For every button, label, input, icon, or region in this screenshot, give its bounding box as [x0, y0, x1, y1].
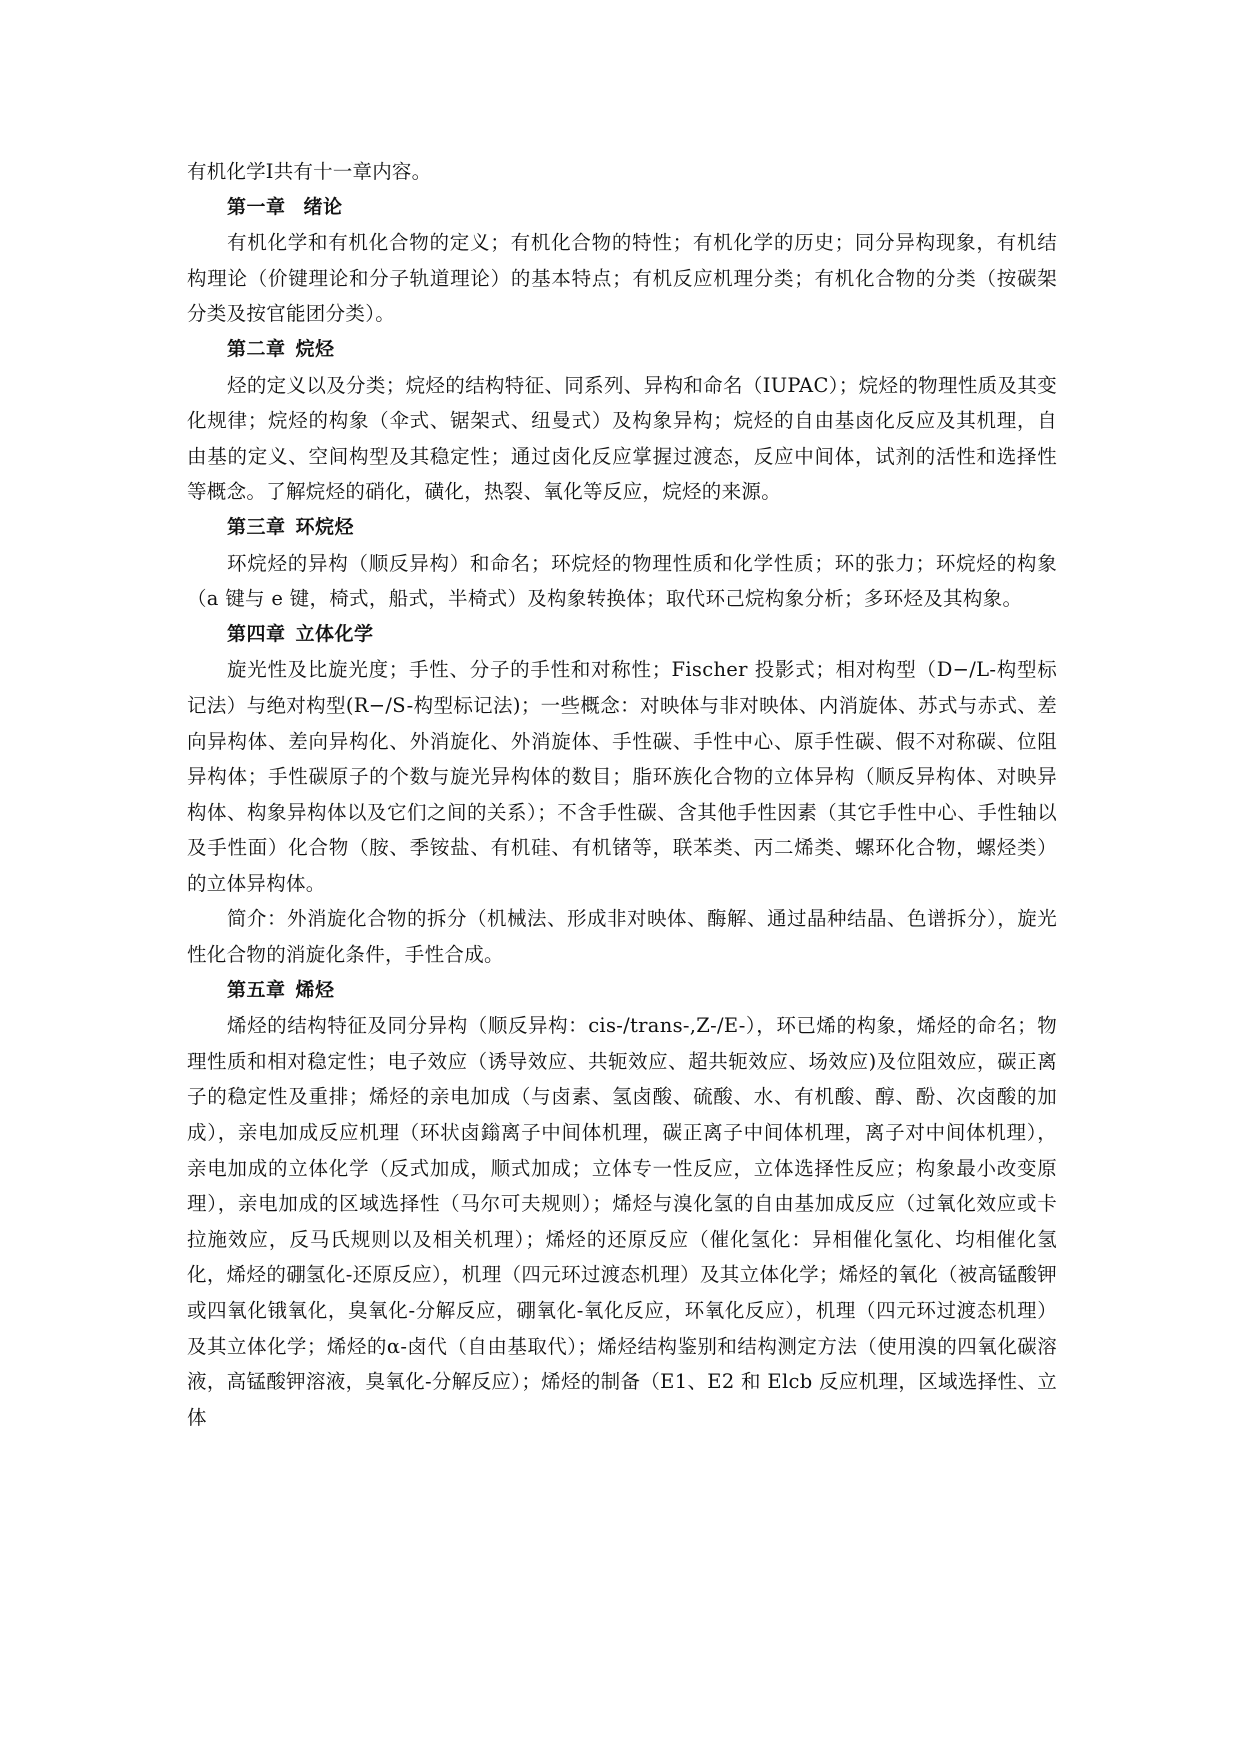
chapter-heading: 第一章绪论	[187, 190, 1057, 226]
chapter-2: 第二章烷烃 烃的定义以及分类；烷烃的结构特征、同系列、异构和命名（IUPAC）；…	[187, 332, 1057, 510]
chapter-paragraph: 有机化学和有机化合物的定义；有机化合物的特性；有机化学的历史；同分异构现象，有机…	[187, 225, 1057, 332]
chapter-heading: 第四章立体化学	[187, 617, 1057, 653]
chapter-4: 第四章立体化学 旋光性及比旋光度；手性、分子的手性和对称性；Fischer 投影…	[187, 617, 1057, 973]
chapter-5: 第五章烯烃 烯烃的结构特征及同分异构（顺反异构：cis-/trans-,Z-/E…	[187, 973, 1057, 1436]
chapter-paragraph-summary: 简介：外消旋化合物的拆分（机械法、形成非对映体、酶解、通过晶种结晶、色谱拆分），…	[187, 901, 1057, 972]
chapter-paragraph: 旋光性及比旋光度；手性、分子的手性和对称性；Fischer 投影式；相对构型（D…	[187, 652, 1057, 901]
chapter-title: 环烷烃	[296, 516, 355, 538]
document-page: 有机化学Ⅰ共有十一章内容。 第一章绪论 有机化学和有机化合物的定义；有机化合物的…	[187, 154, 1057, 1435]
chapter-title: 立体化学	[296, 623, 374, 645]
chapter-3: 第三章环烷烃 环烷烃的异构（顺反异构）和命名；环烷烃的物理性质和化学性质；环的张…	[187, 510, 1057, 617]
chapter-1: 第一章绪论 有机化学和有机化合物的定义；有机化合物的特性；有机化学的历史；同分异…	[187, 190, 1057, 332]
chapter-title: 烯烃	[296, 979, 335, 1001]
chapter-paragraph: 烯烃的结构特征及同分异构（顺反异构：cis-/trans-,Z-/E-），环已烯…	[187, 1008, 1057, 1435]
chapter-number: 第一章	[227, 196, 286, 218]
chapter-paragraph: 烃的定义以及分类；烷烃的结构特征、同系列、异构和命名（IUPAC）；烷烃的物理性…	[187, 368, 1057, 510]
chapter-number: 第四章	[227, 623, 286, 645]
chapter-title: 烷烃	[296, 338, 335, 360]
chapter-heading: 第三章环烷烃	[187, 510, 1057, 546]
intro-text: 有机化学Ⅰ共有十一章内容。	[187, 154, 1057, 190]
chapter-number: 第五章	[227, 979, 286, 1001]
chapter-paragraph: 环烷烃的异构（顺反异构）和命名；环烷烃的物理性质和化学性质；环的张力；环烷烃的构…	[187, 546, 1057, 617]
chapter-heading: 第五章烯烃	[187, 973, 1057, 1009]
chapter-number: 第三章	[227, 516, 286, 538]
chapter-title: 绪论	[304, 196, 343, 218]
chapter-heading: 第二章烷烃	[187, 332, 1057, 368]
chapter-number: 第二章	[227, 338, 286, 360]
